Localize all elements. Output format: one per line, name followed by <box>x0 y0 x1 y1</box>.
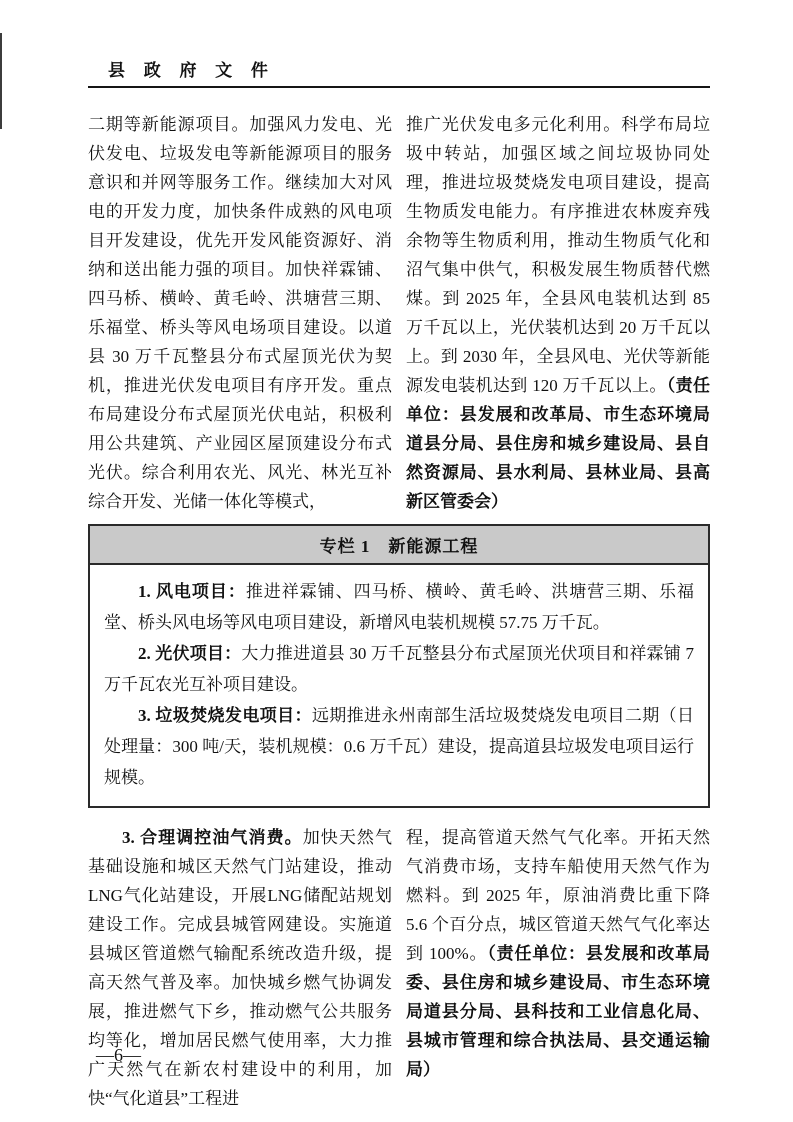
upper-left-column: 二期等新能源项目。加强风力发电、光伏发电、垃圾发电等新能源项目的服务意识和并网等… <box>88 110 392 516</box>
lower-two-column-section: 3. 合理调控油气消费。加快天然气基础设施和城区天然气门站建设，推动LNG气化站… <box>88 823 710 1113</box>
oil-gas-body: 加快天然气基础设施和城区天然气门站建设，推动LNG气化站建设，开展LNG储配站规… <box>88 828 392 1108</box>
lower-right-body: 程，提高管道天然气气化率。开拓天然气消费市场，支持车船使用天然气作为燃料。到 2… <box>406 828 710 963</box>
lower-right-paragraph: 程，提高管道天然气气化率。开拓天然气消费市场，支持车船使用天然气作为燃料。到 2… <box>406 823 710 1084</box>
responsibility-units-1: （责任单位：县发展和改革局、市生态环境局道县分局、县住房和城乡建设局、县自然资源… <box>406 376 710 511</box>
lower-left-paragraph: 3. 合理调控油气消费。加快天然气基础设施和城区天然气门站建设，推动LNG气化站… <box>88 823 392 1113</box>
upper-right-body: 推广光伏发电多元化利用。科学布局垃圾中转站，加强区域之间垃圾协同处理，推进垃圾焚… <box>406 115 710 395</box>
panel-item-waste-power: 3. 垃圾焚烧发电项目：远期推进永州南部生活垃圾焚烧发电项目二期（日处理量：30… <box>104 700 694 793</box>
scan-edge-artifact <box>0 33 2 129</box>
panel-item-solar-lead: 2. 光伏项目： <box>138 644 241 663</box>
panel-header: 专栏 1 新能源工程 <box>90 526 708 565</box>
upper-left-paragraph: 二期等新能源项目。加强风力发电、光伏发电、垃圾发电等新能源项目的服务意识和并网等… <box>88 110 392 516</box>
upper-right-column: 推广光伏发电多元化利用。科学布局垃圾中转站，加强区域之间垃圾协同处理，推进垃圾焚… <box>406 110 710 516</box>
upper-right-paragraph: 推广光伏发电多元化利用。科学布局垃圾中转站，加强区域之间垃圾协同处理，推进垃圾焚… <box>406 110 710 516</box>
document-header: 县 政 府 文 件 <box>88 56 710 88</box>
panel-body: 1. 风电项目：推进祥霖铺、四马桥、横岭、黄毛岭、洪塘营三期、乐福堂、桥头风电场… <box>90 565 708 806</box>
panel-item-wind-lead: 1. 风电项目： <box>138 582 246 601</box>
responsibility-units-2: （责任单位：县发展和改革局委、县住房和城乡建设局、市生态环境局道县分局、县科技和… <box>406 944 710 1079</box>
lower-right-column: 程，提高管道天然气气化率。开拓天然气消费市场，支持车船使用天然气作为燃料。到 2… <box>406 823 710 1113</box>
page-number: —6— <box>96 1045 141 1066</box>
panel-item-waste-power-lead: 3. 垃圾焚烧发电项目： <box>138 706 312 725</box>
panel-title: 专栏 1 新能源工程 <box>320 537 479 556</box>
panel-new-energy-projects: 专栏 1 新能源工程 1. 风电项目：推进祥霖铺、四马桥、横岭、黄毛岭、洪塘营三… <box>88 524 710 808</box>
page-title: 县 政 府 文 件 <box>108 56 275 81</box>
panel-item-solar: 2. 光伏项目：大力推进道县 30 万千瓦整县分布式屋顶光伏项目和祥霖铺 7 万… <box>104 638 694 700</box>
upper-two-column-section: 二期等新能源项目。加强风力发电、光伏发电、垃圾发电等新能源项目的服务意识和并网等… <box>88 110 710 516</box>
lower-left-column: 3. 合理调控油气消费。加快天然气基础设施和城区天然气门站建设，推动LNG气化站… <box>88 823 392 1113</box>
panel-item-wind: 1. 风电项目：推进祥霖铺、四马桥、横岭、黄毛岭、洪塘营三期、乐福堂、桥头风电场… <box>104 576 694 638</box>
oil-gas-lead: 3. 合理调控油气消费。 <box>122 828 303 847</box>
